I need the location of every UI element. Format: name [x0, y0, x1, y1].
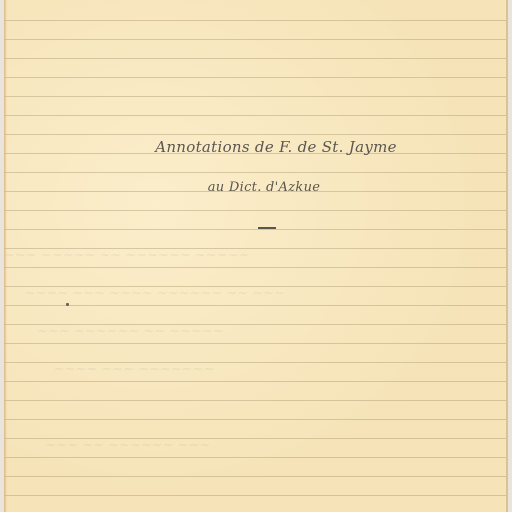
- bleed-through-text: ~~~ ~~~~~ ~~ ~~~~~~ ~~~~~: [4, 248, 508, 263]
- bleed-through-text: ~~~~ ~~~ ~~~~~~~: [4, 362, 508, 377]
- ink-speck: [66, 303, 69, 306]
- title-separator: [258, 227, 276, 229]
- document-title: Annotations de F. de St. Jayme: [20, 138, 512, 156]
- bleed-through-text: ~~~ ~~ ~~~~~~ ~~~: [4, 438, 508, 453]
- bleed-through-text: ~~~~ ~~~ ~~~~ ~~~~~~ ~~ ~~~: [4, 286, 508, 301]
- bleed-through-text: ~~~ ~~~~~~ ~~ ~~~~~: [4, 324, 508, 339]
- document-subtitle: au Dict. d'Azkue: [8, 180, 512, 195]
- notebook-page: ~~~ ~~~~~ ~~ ~~~~~~ ~~~~~ ~~~~ ~~~ ~~~~ …: [4, 0, 508, 512]
